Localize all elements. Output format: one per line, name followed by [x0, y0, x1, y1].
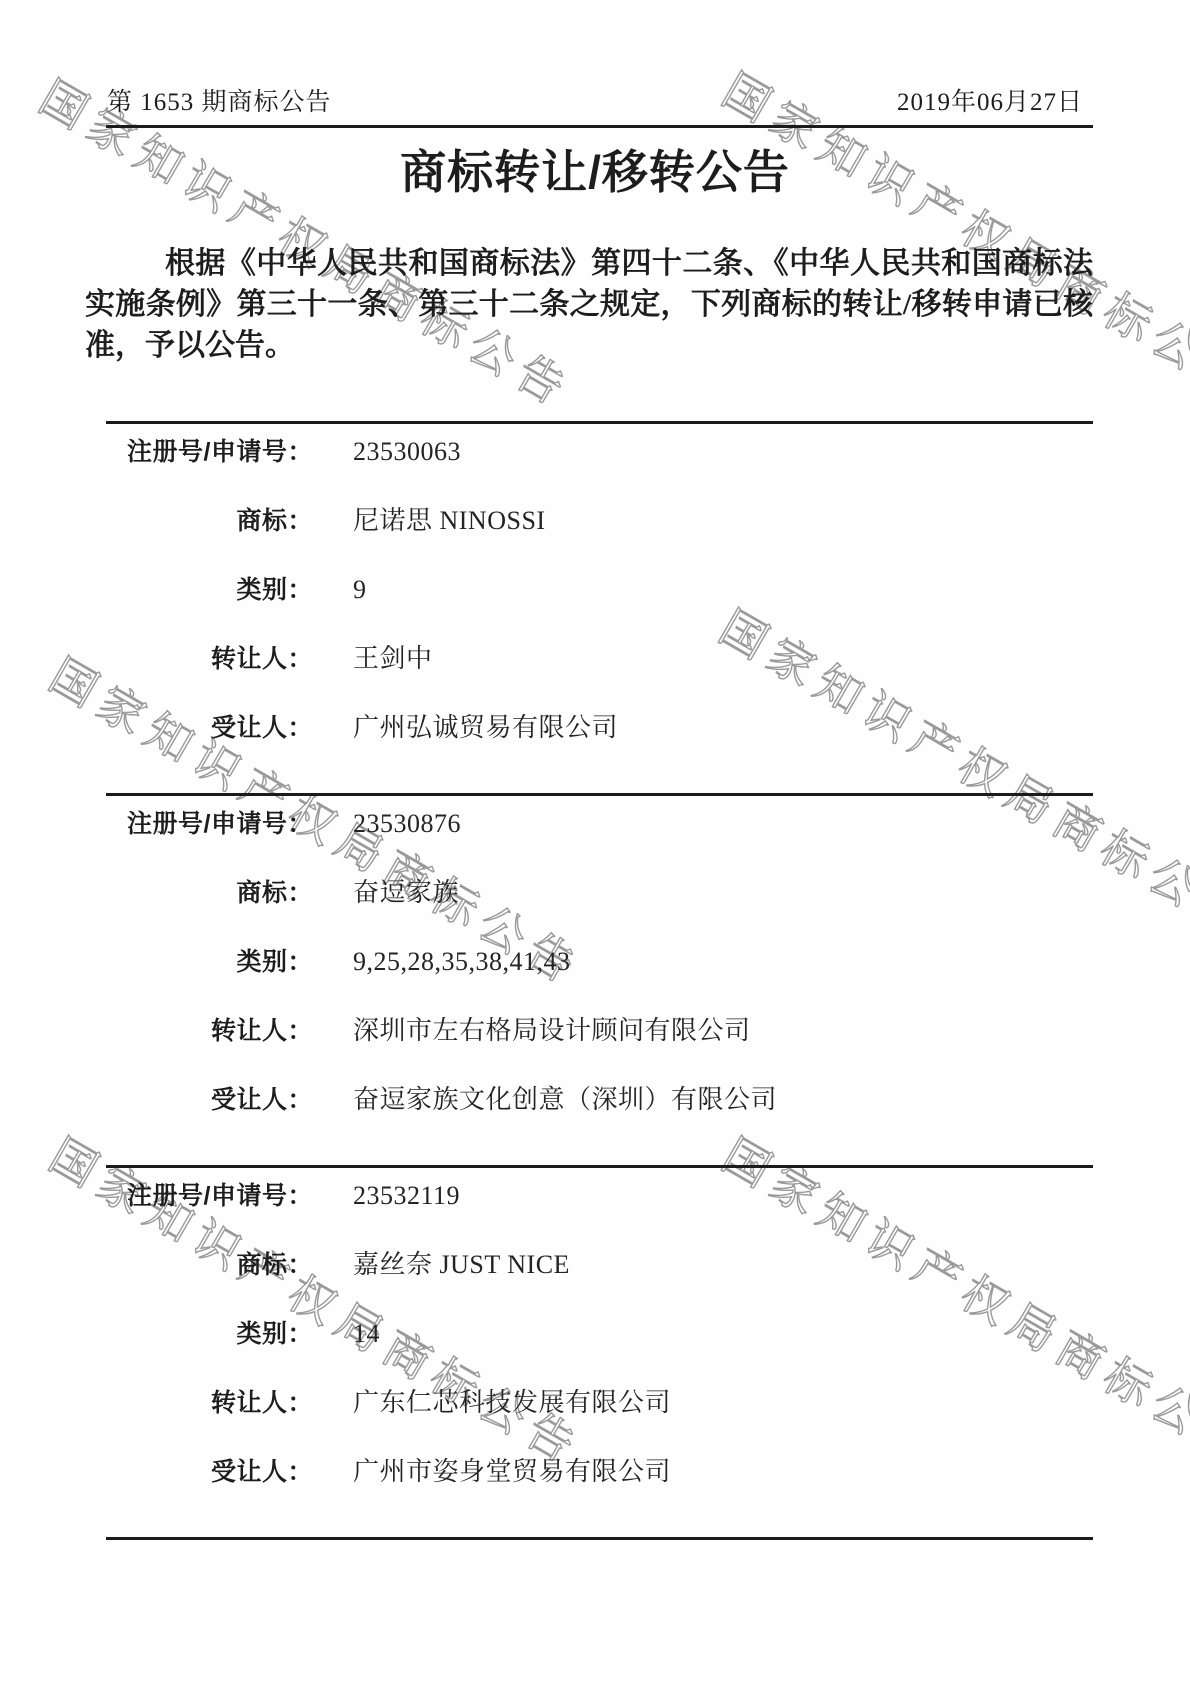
record-field-row: 受让人： 奋逗家族文化创意（深圳）有限公司	[106, 1086, 1093, 1155]
record-field-row: 类别： 9	[106, 576, 1093, 645]
field-value: 王剑中	[353, 645, 433, 673]
field-value: 广州弘诚贸易有限公司	[353, 714, 618, 742]
field-value: 23532119	[353, 1182, 460, 1210]
record-field-row: 注册号/申请号： 23530063	[106, 438, 1093, 507]
field-value: 尼诺思 NINOSSI	[353, 507, 546, 535]
page-content: 第 1653 期商标公告 2019年06月27日 商标转让/移转公告 根据《中华…	[0, 0, 1190, 1698]
records-list: 注册号/申请号： 23530063 商标： 尼诺思 NINOSSI 类别： 9 …	[106, 421, 1093, 1537]
header-divider	[106, 125, 1093, 128]
record-field-row: 转让人： 深圳市左右格局设计顾问有限公司	[106, 1017, 1093, 1086]
field-value: 9	[353, 576, 367, 604]
trademark-record: 注册号/申请号： 23530876 商标： 奋逗家族 类别： 9,25,28,3…	[106, 793, 1093, 1165]
field-value: 广州市姿身堂贸易有限公司	[353, 1458, 671, 1486]
field-label: 商标：	[106, 507, 313, 535]
field-value: 奋逗家族	[353, 879, 459, 907]
gazette-issue-number: 第 1653 期商标公告	[107, 90, 332, 115]
record-field-row: 受让人： 广州市姿身堂贸易有限公司	[106, 1458, 1093, 1527]
field-label: 转让人：	[106, 645, 313, 673]
field-value: 23530876	[353, 810, 461, 838]
page-title: 商标转让/移转公告	[0, 149, 1190, 195]
record-field-row: 受让人： 广州弘诚贸易有限公司	[106, 714, 1093, 783]
field-label: 受让人：	[106, 1086, 313, 1114]
record-field-row: 转让人： 王剑中	[106, 645, 1093, 714]
field-value: 奋逗家族文化创意（深圳）有限公司	[353, 1086, 777, 1114]
field-value: 14	[353, 1320, 380, 1348]
record-field-row: 注册号/申请号： 23532119	[106, 1182, 1093, 1251]
record-field-row: 商标： 嘉丝奈 JUST NICE	[106, 1251, 1093, 1320]
record-field-row: 商标： 尼诺思 NINOSSI	[106, 507, 1093, 576]
field-label: 注册号/申请号：	[106, 438, 313, 466]
field-label: 类别：	[106, 948, 313, 976]
field-label: 转让人：	[106, 1017, 313, 1045]
record-field-row: 类别： 9,25,28,35,38,41,43	[106, 948, 1093, 1017]
field-label: 类别：	[106, 1320, 313, 1348]
field-value: 23530063	[353, 438, 461, 466]
record-field-row: 类别： 14	[106, 1320, 1093, 1389]
field-label: 注册号/申请号：	[106, 1182, 313, 1210]
field-value: 嘉丝奈 JUST NICE	[353, 1251, 570, 1279]
record-field-row: 注册号/申请号： 23530876	[106, 810, 1093, 879]
gazette-date: 2019年06月27日	[897, 90, 1083, 115]
field-value: 广东仁芯科技发展有限公司	[353, 1389, 671, 1417]
field-label: 受让人：	[106, 1458, 313, 1486]
field-value: 9,25,28,35,38,41,43	[353, 948, 571, 976]
field-label: 商标：	[106, 879, 313, 907]
field-label: 商标：	[106, 1251, 313, 1279]
trademark-record: 注册号/申请号： 23530063 商标： 尼诺思 NINOSSI 类别： 9 …	[106, 421, 1093, 793]
field-label: 注册号/申请号：	[106, 810, 313, 838]
gazette-page: 国家知识产权局商标公告 国家知识产权局商标公告 国家知识产权局商标公告 国家知识…	[0, 0, 1190, 1698]
field-value: 深圳市左右格局设计顾问有限公司	[353, 1017, 751, 1045]
field-label: 受让人：	[106, 714, 313, 742]
field-label: 转让人：	[106, 1389, 313, 1417]
intro-paragraph: 根据《中华人民共和国商标法》第四十二条、《中华人民共和国商标法实施条例》第三十一…	[85, 243, 1093, 366]
bottom-divider	[106, 1537, 1093, 1540]
trademark-record: 注册号/申请号： 23532119 商标： 嘉丝奈 JUST NICE 类别： …	[106, 1165, 1093, 1537]
record-field-row: 转让人： 广东仁芯科技发展有限公司	[106, 1389, 1093, 1458]
field-label: 类别：	[106, 576, 313, 604]
record-field-row: 商标： 奋逗家族	[106, 879, 1093, 948]
